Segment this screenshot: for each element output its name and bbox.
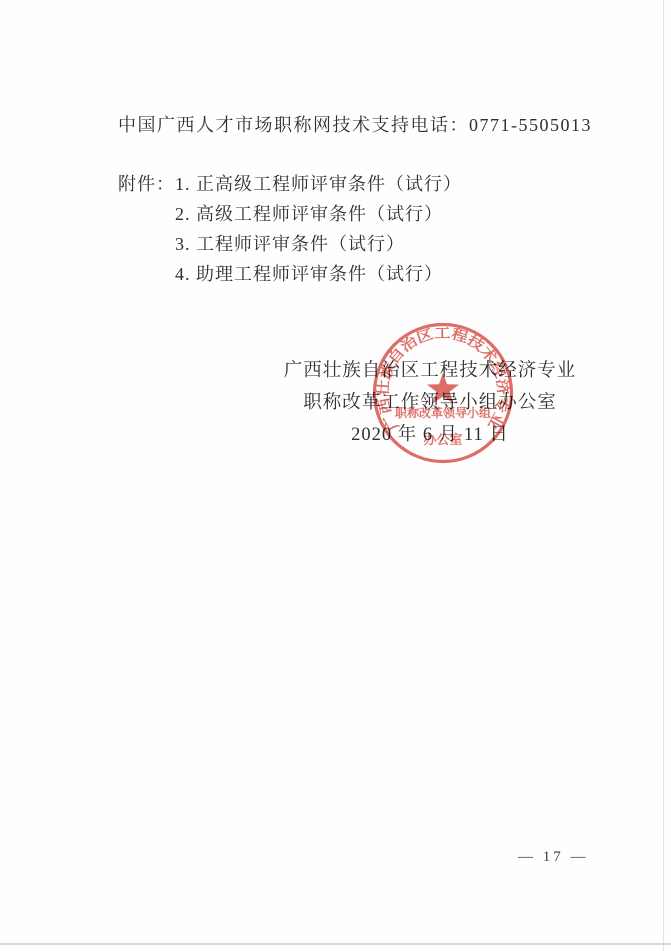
document-page: 中国广西人才市场职称网技术支持电话：0771-5505013 附件： 1. 正高… [0, 0, 671, 951]
support-phone-line: 中国广西人才市场职称网技术支持电话：0771-5505013 [118, 111, 592, 137]
scan-edge-bottom [0, 943, 671, 945]
attachments-block: 附件： 1. 正高级工程师评审条件（试行） 2. 高级工程师评审条件（试行） 3… [118, 169, 462, 289]
page-number: — 17 — [518, 849, 589, 866]
signature-org-line-1: 广西壮族自治区工程技术经济专业 [260, 355, 600, 387]
signature-org-line-2: 职称改革工作领导小组办公室 [260, 387, 600, 419]
attachments-list: 1. 正高级工程师评审条件（试行） 2. 高级工程师评审条件（试行） 3. 工程… [175, 169, 462, 289]
scan-edge-right [663, 0, 664, 951]
signature-block: 广西壮族自治区工程技术经济专业 职称改革工作领导小组办公室 2020 年 6 月… [260, 355, 600, 451]
signature-date: 2020 年 6 月 11 日 [260, 419, 600, 451]
attachment-item: 3. 工程师评审条件（试行） [175, 229, 462, 259]
attachment-item: 4. 助理工程师评审条件（试行） [175, 259, 462, 289]
attachment-item: 1. 正高级工程师评审条件（试行） [175, 169, 462, 199]
attachments-label: 附件： [118, 169, 175, 199]
attachment-item: 2. 高级工程师评审条件（试行） [175, 199, 462, 229]
